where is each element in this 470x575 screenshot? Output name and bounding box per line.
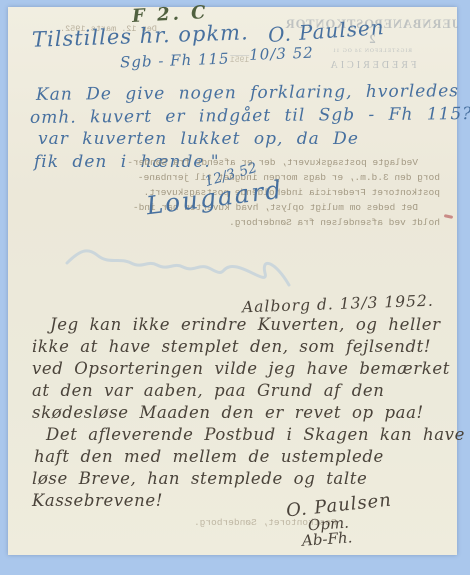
reference-date: 10/3 52	[249, 44, 314, 64]
question-line: Kan De give nogen forklaring, hvorledes	[36, 81, 459, 105]
paper-speck	[444, 214, 453, 219]
reply-line: ved Opsorteringen vilde jeg have bemærke…	[32, 359, 450, 378]
bleedthrough-signature-squiggle	[60, 243, 295, 303]
reply-line: Det afleverende Postbud i Skagen kan hav…	[46, 425, 465, 444]
question-line: var kuverten lukket op, da De	[38, 129, 359, 149]
reference-line: Sgb - Fh 115 10/3 52	[120, 47, 314, 72]
question-line: omh. kuvert er indgået til Sgb - Fh 115?	[30, 104, 470, 128]
reply-line: ikke at have stemplet den, som fejlsendt…	[32, 337, 431, 356]
reply-line: haft den med mellem de ustemplede	[34, 447, 384, 466]
bleedthrough-typed-line: holdt ved afsendelsen fra Sønderborg.	[36, 215, 440, 230]
reply-line: Kassebrevene!	[32, 491, 163, 510]
paper-sheet: Den 12. marts 1952. JERNBANEPOSTKONTOR 2…	[8, 7, 457, 555]
reply-line: skødesløse Maaden den er revet op paa!	[32, 403, 424, 422]
reply-line: løse Breve, han stemplede og talte	[32, 469, 367, 488]
reference-code: Sgb - Fh 115	[120, 50, 230, 72]
reply-signature-unit: Ab-Fh.	[301, 528, 352, 549]
reply-line: Jeg kan ikke erindre Kuverten, og heller	[50, 315, 441, 334]
reply-line: at den var aaben, paa Grund af den	[32, 381, 384, 400]
scanned-letter: Den 12. marts 1952. JERNBANEPOSTKONTOR 2…	[0, 0, 470, 575]
